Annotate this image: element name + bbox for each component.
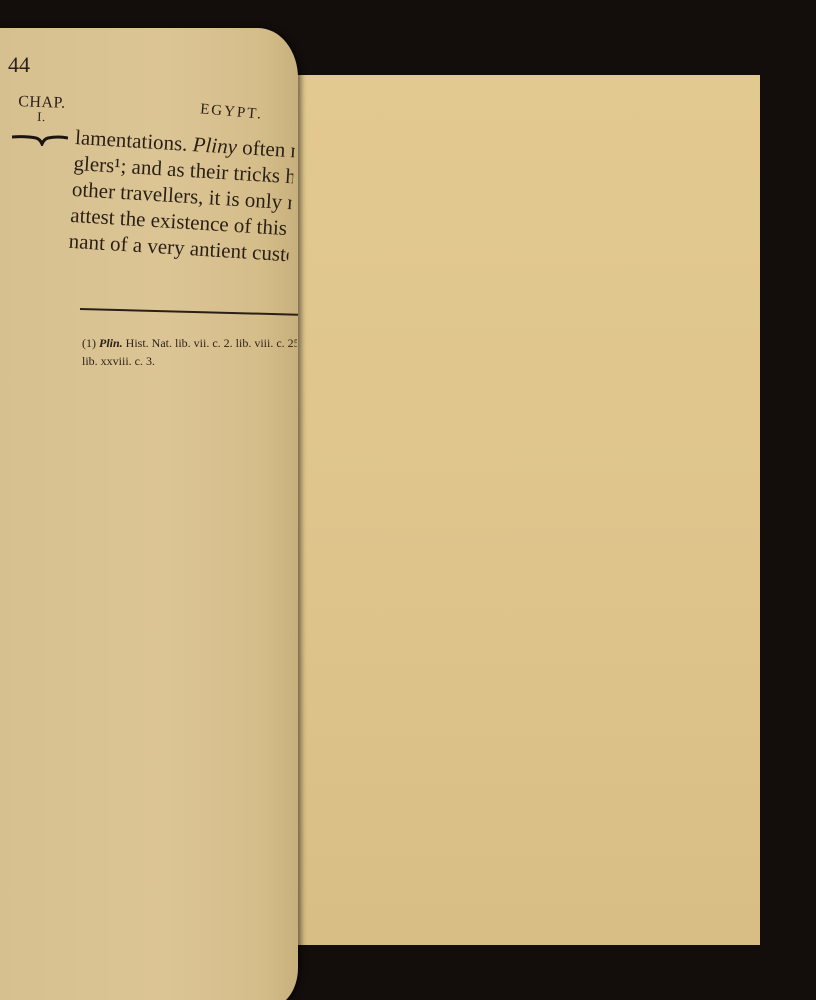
left-body-text: lamentations. Pliny often mentions thegl… (68, 124, 296, 267)
footnote-author: Plin. (99, 336, 123, 350)
footnote-line2: lib. xxviii. c. 3. (82, 354, 155, 368)
footnote-rule (80, 308, 298, 316)
footnote: (1) Plin. Hist. Nat. lib. vii. c. 2. lib… (82, 334, 297, 370)
footnote-line1: Hist. Nat. lib. vii. c. 2. lib. viii. c.… (123, 336, 297, 350)
footnote-marker: (1) (82, 336, 96, 350)
brace-ornament-icon (12, 132, 68, 146)
left-page: 44 CHAP. I. EGYPT. lamentations. Pliny o… (0, 28, 298, 1000)
margin-chapter-label: CHAP. I. (18, 95, 66, 125)
page-number: 44 (8, 52, 30, 78)
right-page (297, 75, 760, 945)
running-head: EGYPT. (199, 101, 263, 123)
